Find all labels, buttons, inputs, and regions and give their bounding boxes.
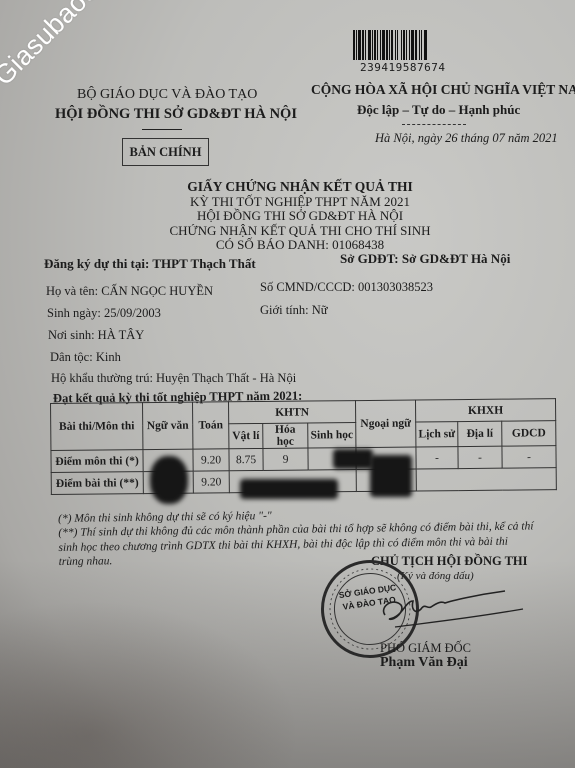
exam-khxh [416,468,556,491]
department-label: Sở GDĐT: [340,251,399,266]
score-chemistry: 9 [263,448,308,470]
header-history: Lịch sử [416,422,458,447]
barcode-number: 239419587674 [360,61,445,74]
header-math: Toán [192,402,228,449]
barcode [353,30,503,60]
exam-site-value: THPT Thạch Thất [152,256,255,271]
candidate-birthplace: Nơi sinh: HÀ TÂY [48,328,144,343]
paper-shadow-left [0,600,300,768]
name-value: CẤN NGỌC HUYỀN [101,284,213,298]
watermark: Giasubaochau.net [0,0,168,92]
redaction-foreign-language [370,455,412,497]
row-label: Điểm môn thi (*) [51,450,143,473]
header-divider [142,129,182,130]
candidate-id: Số CMND/CCCD: 001303038523 [260,280,433,295]
title-line: GIẤY CHỨNG NHẬN KẾT QUẢ THI [150,180,450,195]
signer-name: Phạm Văn Đại [380,655,468,671]
header-chemistry: Hóa học [263,423,308,448]
title-line: CHỨNG NHẬN KẾT QUẢ THI CHO THÍ SINH [150,224,450,239]
candidate-dob: Sinh ngày: 25/09/2003 [47,306,161,321]
header-khxh: KHXH [415,399,555,422]
score-history: - [416,447,458,469]
score-geography: - [458,446,502,468]
exam-site-label: Đăng ký dự thi tại: [44,256,149,271]
redaction-biology [333,449,373,469]
residence-label: Hộ khẩu thường trú: [51,371,153,385]
redaction-literature [150,456,188,504]
ethnicity-value: Kinh [96,350,121,364]
residence-value: Huyện Thạch Thất - Hà Nội [156,371,296,385]
certificate-title: GIẤY CHỨNG NHẬN KẾT QUẢ THI KỲ THI TỐT N… [150,180,450,253]
header-subject: Bài thi/Môn thi [51,403,143,451]
title-line: HỘI ĐỒNG THI SỞ GD&ĐT HÀ NỘI [150,209,450,224]
header-geography: Địa lí [458,421,502,446]
birthplace-label: Nơi sinh: [48,328,95,342]
score-physics: 8.75 [229,448,263,470]
department: Sở GDĐT: Sở GD&ĐT Hà Nội [340,251,510,267]
header-literature: Ngữ văn [143,402,193,449]
score-civics: - [502,446,556,469]
issue-date: Hà Nội, ngày 26 tháng 07 năm 2021 [375,131,558,146]
dob-value: 25/09/2003 [104,306,161,320]
score-math: 9.20 [193,449,229,471]
council-name: HỘI ĐỒNG THI SỞ GD&ĐT HÀ NỘI [55,106,297,123]
candidate-gender: Giới tính: Nữ [260,303,328,318]
id-label: Số CMND/CCCD: [260,280,355,294]
ministry-name: BỘ GIÁO DỤC VÀ ĐÀO TẠO [77,87,257,103]
birthplace-value: HÀ TÂY [98,328,145,342]
original-copy-badge: BẢN CHÍNH [122,138,209,166]
motto-divider [402,124,466,125]
signer-position: PHÓ GIÁM ĐỐC [380,641,471,656]
header-biology: Sinh học [308,423,356,448]
motto: Độc lập – Tự do – Hạnh phúc [357,102,520,118]
ethnicity-label: Dân tộc: [50,350,93,364]
nation-name: CỘNG HÒA XÃ HỘI CHỦ NGHĨA VIỆT NAM [311,82,575,98]
redaction-khtn [240,479,338,499]
header-khtn: KHTN [228,401,355,424]
row-label: Điểm bài thi (**) [51,472,143,495]
department-value: Sở GD&ĐT Hà Nội [402,251,510,266]
candidate-residence: Hộ khẩu thường trú: Huyện Thạch Thất - H… [51,371,296,386]
gender-value: Nữ [312,303,328,317]
header-civics: GDCD [502,421,556,447]
exam-site: Đăng ký dự thi tại: THPT Thạch Thất [44,256,256,272]
gender-label: Giới tính: [260,303,309,317]
candidate-ethnicity: Dân tộc: Kinh [50,350,121,365]
candidate-name: Họ và tên: CẤN NGỌC HUYỀN [46,284,213,299]
header-foreign-language: Ngoại ngữ [355,400,415,448]
signature-icon [375,587,525,637]
header-physics: Vật lí [229,423,263,448]
dob-label: Sinh ngày: [47,306,101,320]
id-value: 001303038523 [358,280,433,294]
title-line: KỲ THI TỐT NGHIỆP THPT NĂM 2021 [150,195,450,210]
exam-math: 9.20 [193,471,229,493]
name-label: Họ và tên: [46,284,98,298]
